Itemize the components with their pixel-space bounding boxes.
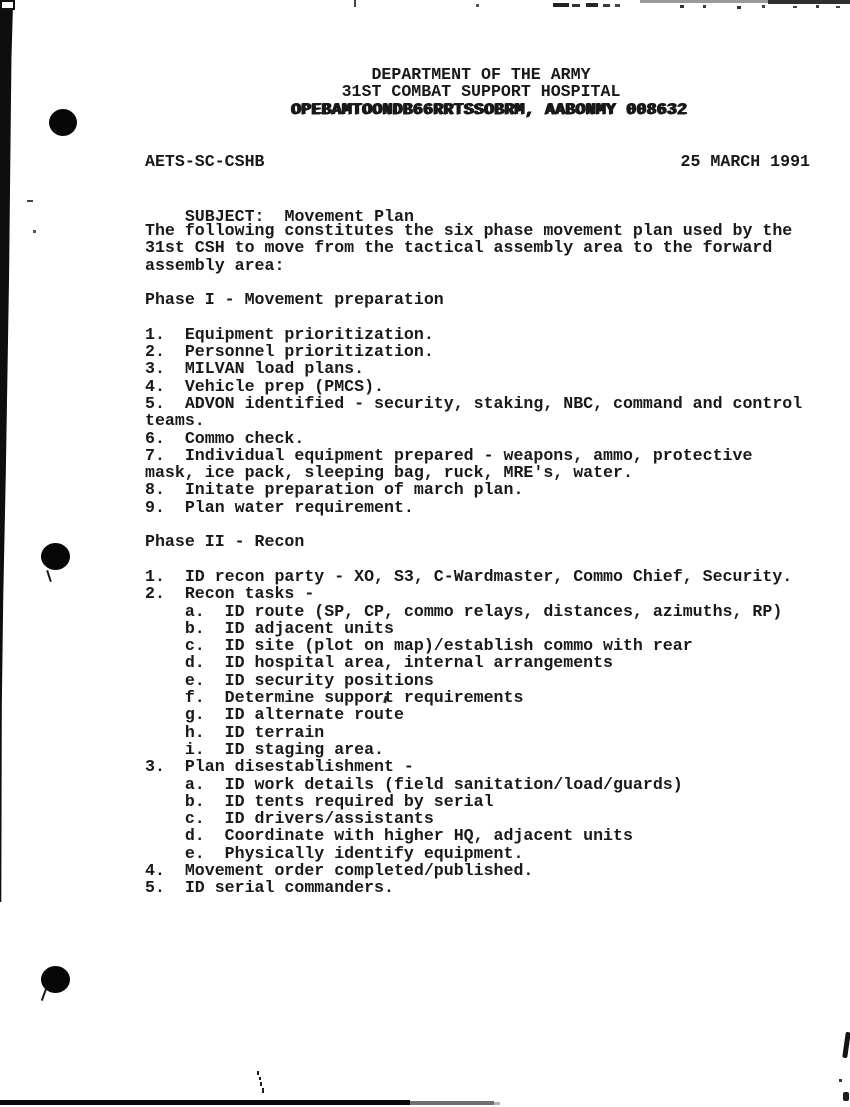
document-line: c. ID site (plot on map)/establish commo… — [145, 637, 835, 654]
scan-noise — [762, 5, 765, 8]
document-line: g. ID alternate route — [145, 706, 835, 723]
document-line: 7. Individual equipment prepared - weapo… — [145, 447, 835, 464]
document-line: mask, ice pack, sleeping bag, ruck, MRE'… — [145, 464, 835, 481]
document-line: d. ID hospital area, internal arrangemen… — [145, 654, 835, 671]
document-line: 2. Recon tasks - — [145, 585, 835, 602]
document-line: c. ID drivers/assistants — [145, 810, 835, 827]
hole-punch-mark — [41, 543, 70, 570]
hole-punch-mark — [49, 109, 77, 136]
document-line: The following constitutes the six phase … — [145, 222, 835, 239]
stray-mark — [41, 988, 47, 1001]
scan-noise — [615, 4, 620, 7]
scan-noise — [843, 1092, 849, 1101]
stray-mark — [260, 1082, 262, 1086]
document-line: 5. ID serial commanders. — [145, 879, 835, 896]
scan-bottom-bar — [494, 1102, 500, 1105]
scan-bottom-bar — [410, 1101, 494, 1105]
scan-noise — [586, 3, 598, 7]
document-line: Phase I - Movement preparation — [145, 291, 835, 308]
scan-noise — [553, 3, 569, 7]
stray-mark — [257, 1071, 259, 1075]
document-body: The following constitutes the six phase … — [145, 222, 835, 897]
scan-noise — [768, 0, 850, 4]
document-line: a. ID work details (field sanitation/loa… — [145, 776, 835, 793]
document-date: 25 MARCH 1991 — [681, 153, 810, 170]
document-line: d. Coordinate with higher HQ, adjacent u… — [145, 827, 835, 844]
document-line: 4. Vehicle prep (PMCS). — [145, 378, 835, 395]
scan-noise — [354, 0, 356, 7]
reference-row: AETS-SC-CSHB 25 MARCH 1991 — [145, 153, 810, 170]
document-line: Phase II - Recon — [145, 533, 835, 550]
document-line: b. ID adjacent units — [145, 620, 835, 637]
document-line: assembly area: — [145, 257, 835, 274]
scan-noise — [476, 4, 479, 7]
document-line — [145, 551, 835, 568]
document-line: 31st CSH to move from the tactical assem… — [145, 239, 835, 256]
stray-mark — [259, 1077, 261, 1080]
scan-bottom-bar — [0, 1100, 410, 1105]
letterhead-department: DEPARTMENT OF THE ARMY — [145, 66, 817, 83]
document-line — [145, 308, 835, 325]
document-line — [145, 274, 835, 291]
document-line: 9. Plan water requirement. — [145, 499, 835, 516]
scan-edge-artifact — [0, 5, 13, 902]
document-line: teams. — [145, 412, 835, 429]
scan-noise — [680, 5, 684, 8]
stray-mark — [262, 1088, 264, 1093]
scan-noise — [603, 4, 610, 7]
document-line: 5. ADVON identified - security, staking,… — [145, 395, 835, 412]
document-line: 1. ID recon party - XO, S3, C-Wardmaster… — [145, 568, 835, 585]
document-line: 3. MILVAN load plans. — [145, 360, 835, 377]
stray-mark — [27, 200, 33, 202]
letterhead: DEPARTMENT OF THE ARMY 31ST COMBAT SUPPO… — [145, 66, 817, 118]
document-line: h. ID terrain — [145, 724, 835, 741]
document-line: a. ID route (SP, CP, commo relays, dista… — [145, 603, 835, 620]
document-line: b. ID tents required by serial — [145, 793, 835, 810]
scan-noise — [839, 1079, 842, 1082]
document-line: e. ID security positions — [145, 672, 835, 689]
scan-noise — [793, 6, 797, 8]
scan-corner-box-artifact — [0, 0, 15, 10]
document-line: 8. Initate preparation of march plan. — [145, 481, 835, 498]
stray-mark — [46, 570, 52, 582]
scan-noise — [703, 5, 706, 8]
scan-noise — [842, 1032, 850, 1058]
scan-noise — [816, 5, 819, 8]
stray-mark — [33, 230, 36, 233]
letterhead-address-overstruck: OPEBAMTOONDB66RRTSSOBRM, AABONMY 008632 — [153, 101, 825, 118]
scan-noise — [836, 6, 840, 8]
scanned-document-page: DEPARTMENT OF THE ARMY 31ST COMBAT SUPPO… — [0, 0, 850, 1107]
scan-noise — [572, 4, 580, 7]
document-line: 2. Personnel prioritization. — [145, 343, 835, 360]
document-line: 1. Equipment prioritization. — [145, 326, 835, 343]
document-line: 4. Movement order completed/published. — [145, 862, 835, 879]
document-line: e. Physically identify equipment. — [145, 845, 835, 862]
document-line: f. Determine support requirements — [145, 689, 835, 706]
letterhead-unit: 31ST COMBAT SUPPORT HOSPITAL — [145, 83, 817, 100]
document-line: 6. Commo check. — [145, 430, 835, 447]
document-line: i. ID staging area. — [145, 741, 835, 758]
document-line — [145, 516, 835, 533]
scan-noise — [737, 6, 741, 9]
office-symbol: AETS-SC-CSHB — [145, 153, 265, 170]
document-line: 3. Plan disestablishment - — [145, 758, 835, 775]
